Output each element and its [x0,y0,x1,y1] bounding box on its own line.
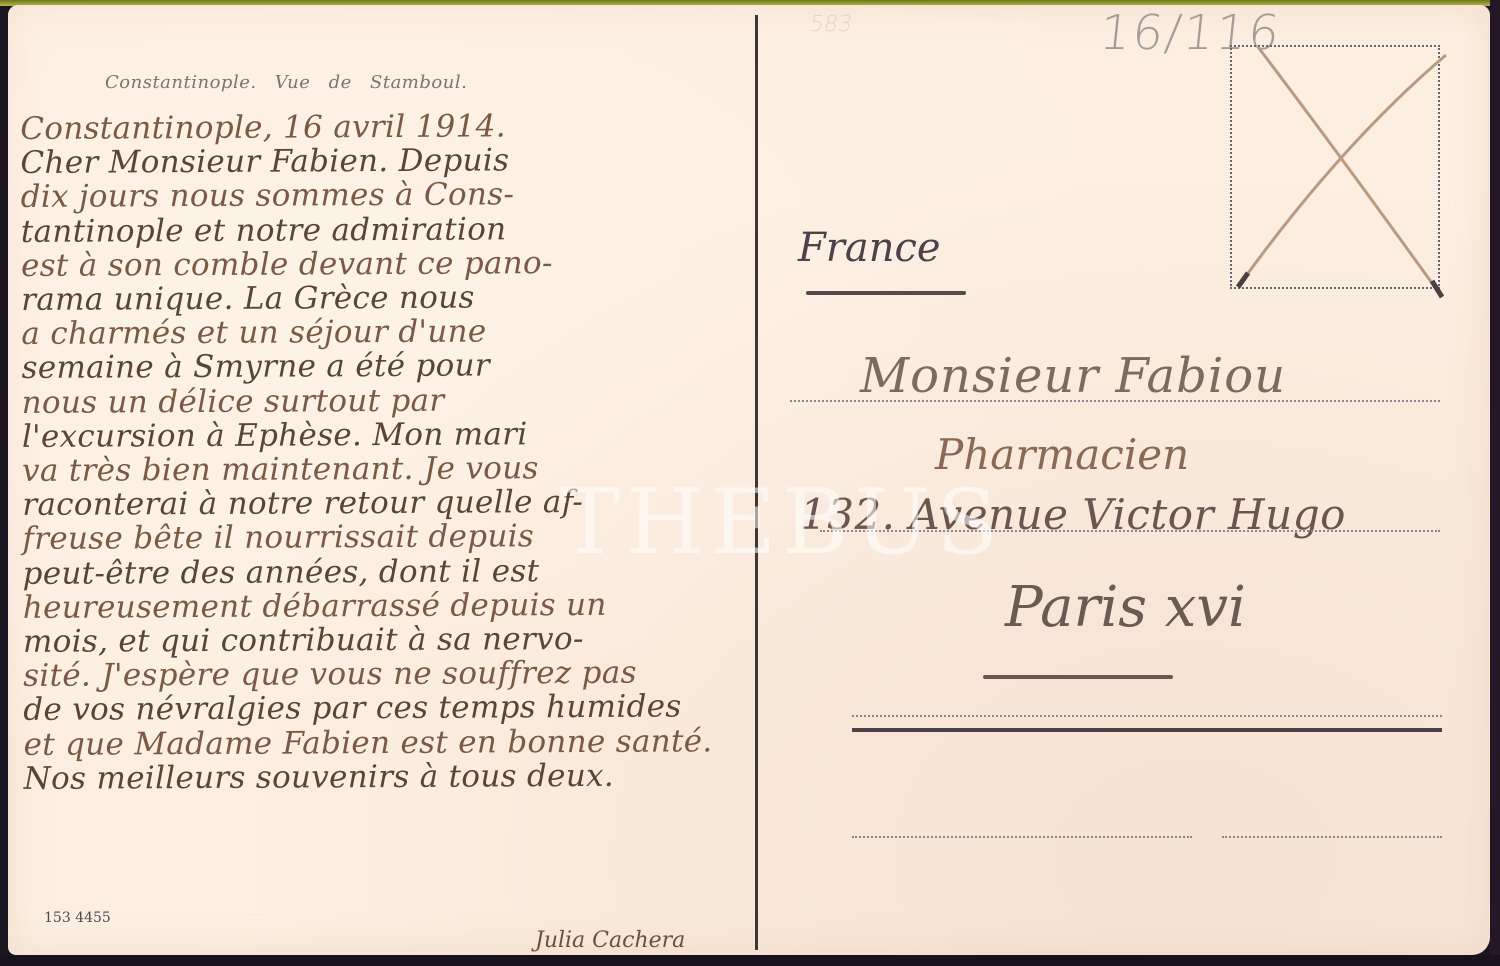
letter-line: tantinople et notre admiration [21,211,761,249]
signature: Julia Cachera [535,928,685,953]
crossed-out-stamp-box-icon [1230,45,1450,305]
letter-line: a charmés et un séjour d'une [21,313,761,351]
letter-line: est à son comble devant ce pano- [21,245,761,283]
address-dotted-line-3 [852,715,1442,717]
address-recipient-name: Monsieur Fabiou [860,348,1286,404]
letter-line: rama unique. La Grèce nous [21,279,761,317]
printed-caption: Constantinople. Vue de Stamboul. [105,72,467,93]
address-city: Paris xvi [1005,575,1246,640]
address-dotted-line-4b [1222,836,1442,838]
letter-line: dix jours nous sommes à Cons- [21,176,761,214]
scan-border-bottom [0,955,1500,966]
letter-line: de vos névralgies par ces temps humides [23,690,763,728]
address-dotted-line-4a [852,836,1192,838]
letter-line: Nos meilleurs souvenirs à tous deux. [24,758,764,796]
print-number: 153 4455 [44,910,111,926]
letter-line: raconterai à notre retour quelle af- [22,484,762,522]
pencil-mark-faint: 583 [808,12,854,37]
letter-line: freuse bête il nourrissait depuis [22,518,762,556]
letter-line: heureusement débarrassé depuis un [23,587,763,625]
address-country: France [798,225,941,271]
city-underline [983,675,1173,679]
letter-line: Constantinople, 16 avril 1914. [20,108,760,146]
address-recipient-title: Pharmacien [935,430,1189,479]
address-dotted-line-1 [790,400,1440,402]
scan-border-right [1490,0,1500,966]
letter-line: semaine à Smyrne a été pour [21,347,761,385]
letter-line: mois, et qui contribuait à sa nervo- [23,621,763,659]
letter-line: peut-être des années, dont il est [23,553,763,591]
scan-border-left [0,0,8,966]
letter-line: sité. J'espère que vous ne souffrez pas [23,655,763,693]
letter-line: nous un délice surtout par [22,382,762,420]
country-underline [806,291,966,295]
letter-line: Cher Monsieur Fabien. Depuis [20,142,760,180]
address-dotted-line-2 [820,530,1440,532]
letter-line: et que Madame Fabien est en bonne santé. [23,724,763,762]
letter-line: l'excursion à Ephèse. Mon mari [22,416,762,454]
letter-line: va très bien maintenant. Je vous [22,450,762,488]
handwritten-letter: Constantinople, 16 avril 1914. Cher Mons… [20,108,764,796]
address-solid-line [852,728,1442,732]
